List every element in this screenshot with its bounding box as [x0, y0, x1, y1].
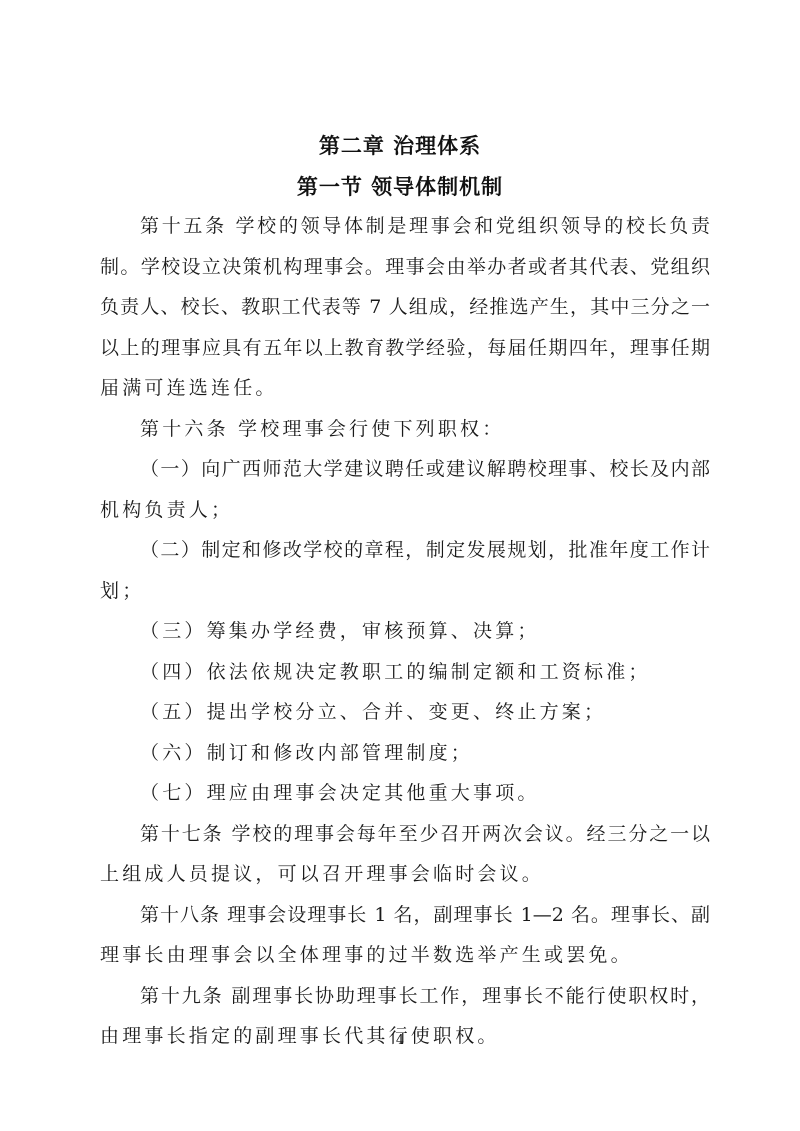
- text-line: 上组成人员提议，可以召开理事会临时会议。: [100, 862, 710, 886]
- text-line: 理事长由理事会以全体理事的过半数选举产生或罢免。: [100, 943, 710, 967]
- text-line: （五）提出学校分立、合并、变更、终止方案；: [140, 700, 710, 724]
- text-line: 第十九条 副理事长协助理事长工作，理事长不能行使职权时，: [140, 984, 710, 1008]
- text-line: 机构负责人；: [100, 498, 710, 522]
- text-line: 第十六条 学校理事会行使下列职权：: [140, 417, 710, 441]
- text-line: （三）筹集办学经费，审核预算、决算；: [140, 619, 710, 643]
- text-line: （二）制定和修改学校的章程，制定发展规划，批准年度工作计: [140, 538, 710, 562]
- text-line: （四）依法依规决定教职工的编制定额和工资标准；: [140, 660, 710, 684]
- text-line: 以上的理事应具有五年以上教育教学经验，每届任期四年，理事任期: [100, 336, 710, 360]
- page-number: 4: [0, 1033, 800, 1048]
- text-line: 负责人、校长、教职工代表等 7 人组成，经推选产生，其中三分之一: [100, 295, 710, 319]
- chapter-title: 第二章 治理体系: [0, 130, 800, 160]
- text-line: （六）制订和修改内部管理制度；: [140, 741, 710, 765]
- text-line: 制。学校设立决策机构理事会。理事会由举办者或者其代表、党组织: [100, 255, 710, 279]
- document-page: 第二章 治理体系 第一节 领导体制机制 第十五条 学校的领导体制是理事会和党组织…: [0, 0, 800, 1131]
- text-line: 届满可连选连任。: [100, 376, 710, 400]
- text-line: 第十七条 学校的理事会每年至少召开两次会议。经三分之一以: [140, 822, 710, 846]
- text-line: 划；: [100, 579, 710, 603]
- text-line: 第十五条 学校的领导体制是理事会和党组织领导的校长负责: [140, 214, 710, 238]
- section-title: 第一节 领导体制机制: [0, 171, 800, 201]
- text-line: 第十八条 理事会设理事长 1 名，副理事长 1—2 名。理事长、副: [140, 903, 710, 927]
- text-line: （一）向广西师范大学建议聘任或建议解聘校理事、校长及内部: [140, 457, 710, 481]
- text-line: （七）理应由理事会决定其他重大事项。: [140, 781, 710, 805]
